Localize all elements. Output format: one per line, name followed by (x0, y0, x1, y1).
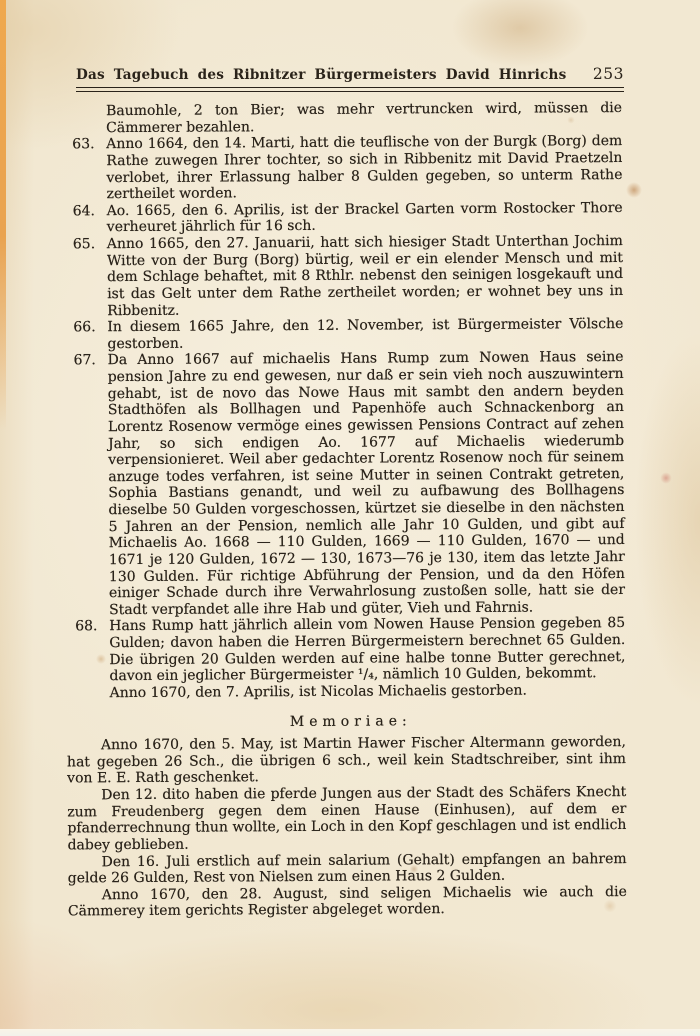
entry-text: Ao. 1665, den 6. Aprilis, ist der Bracke… (107, 200, 623, 236)
entry-number: 67. (74, 353, 110, 619)
diary-entry: 63. Anno 1664, den 14. Marti, hatt die t… (72, 133, 622, 203)
entry-number: 66. (73, 319, 107, 352)
running-header-title: Das Tagebuch des Ribnitzer Bürgermeister… (76, 67, 566, 83)
entry-number: 68. (75, 619, 109, 686)
entry-text: In diesem 1665 Jahre, den 12. November, … (107, 316, 623, 352)
diary-entry: 68. Hans Rump hatt jährlich allein vom N… (75, 615, 625, 685)
diary-entry: 66. In diesem 1665 Jahre, den 12. Novemb… (73, 316, 623, 353)
entry-text: Da Anno 1667 auf michaelis Hans Rump zum… (108, 349, 626, 618)
diary-entry: 64. Ao. 1665, den 6. Aprilis, ist der Br… (73, 200, 623, 237)
closing-line: Anno 1670, den 7. Aprilis, ist Nicolas M… (110, 682, 626, 702)
book-edge-strip (0, 0, 6, 430)
page-number: 253 (593, 65, 624, 83)
memoriae-paragraph: Den 12. dito haben die pferde Jungen aus… (67, 784, 626, 854)
running-header: Das Tagebuch des Ribnitzer Bürgermeister… (76, 65, 624, 83)
memoriae-paragraph: Anno 1670, den 28. August, sind seligen … (68, 884, 627, 921)
entry-text: Anno 1665, den 27. Januarii, hatt sich h… (107, 233, 623, 319)
page-body: Baumohle, 2 ton Bier; was mehr vertrunck… (72, 100, 627, 920)
paragraph-continuation: Baumohle, 2 ton Bier; was mehr vertrunck… (106, 100, 622, 136)
entry-text: Hans Rump hatt jährlich allein vom Nowen… (109, 615, 625, 685)
memoriae-paragraph: Anno 1670, den 5. May, ist Martin Hawer … (67, 734, 626, 787)
diary-entry: 67. Da Anno 1667 auf michaelis Hans Rump… (74, 349, 626, 618)
entry-number: 63. (72, 136, 106, 203)
entry-text: Anno 1664, den 14. Marti, hatt die teufl… (106, 133, 622, 203)
entry-number: 65. (73, 236, 108, 319)
memoriae-heading: Memoriae: (76, 711, 626, 731)
diary-entry: 65. Anno 1665, den 27. Januarii, hatt si… (73, 233, 623, 319)
header-double-rule (76, 87, 624, 92)
memoriae-paragraph: Den 16. Juli erstlich auf mein salarium … (68, 850, 627, 887)
scanner-bed-edge (0, 1029, 700, 1036)
entry-number: 64. (73, 203, 107, 236)
